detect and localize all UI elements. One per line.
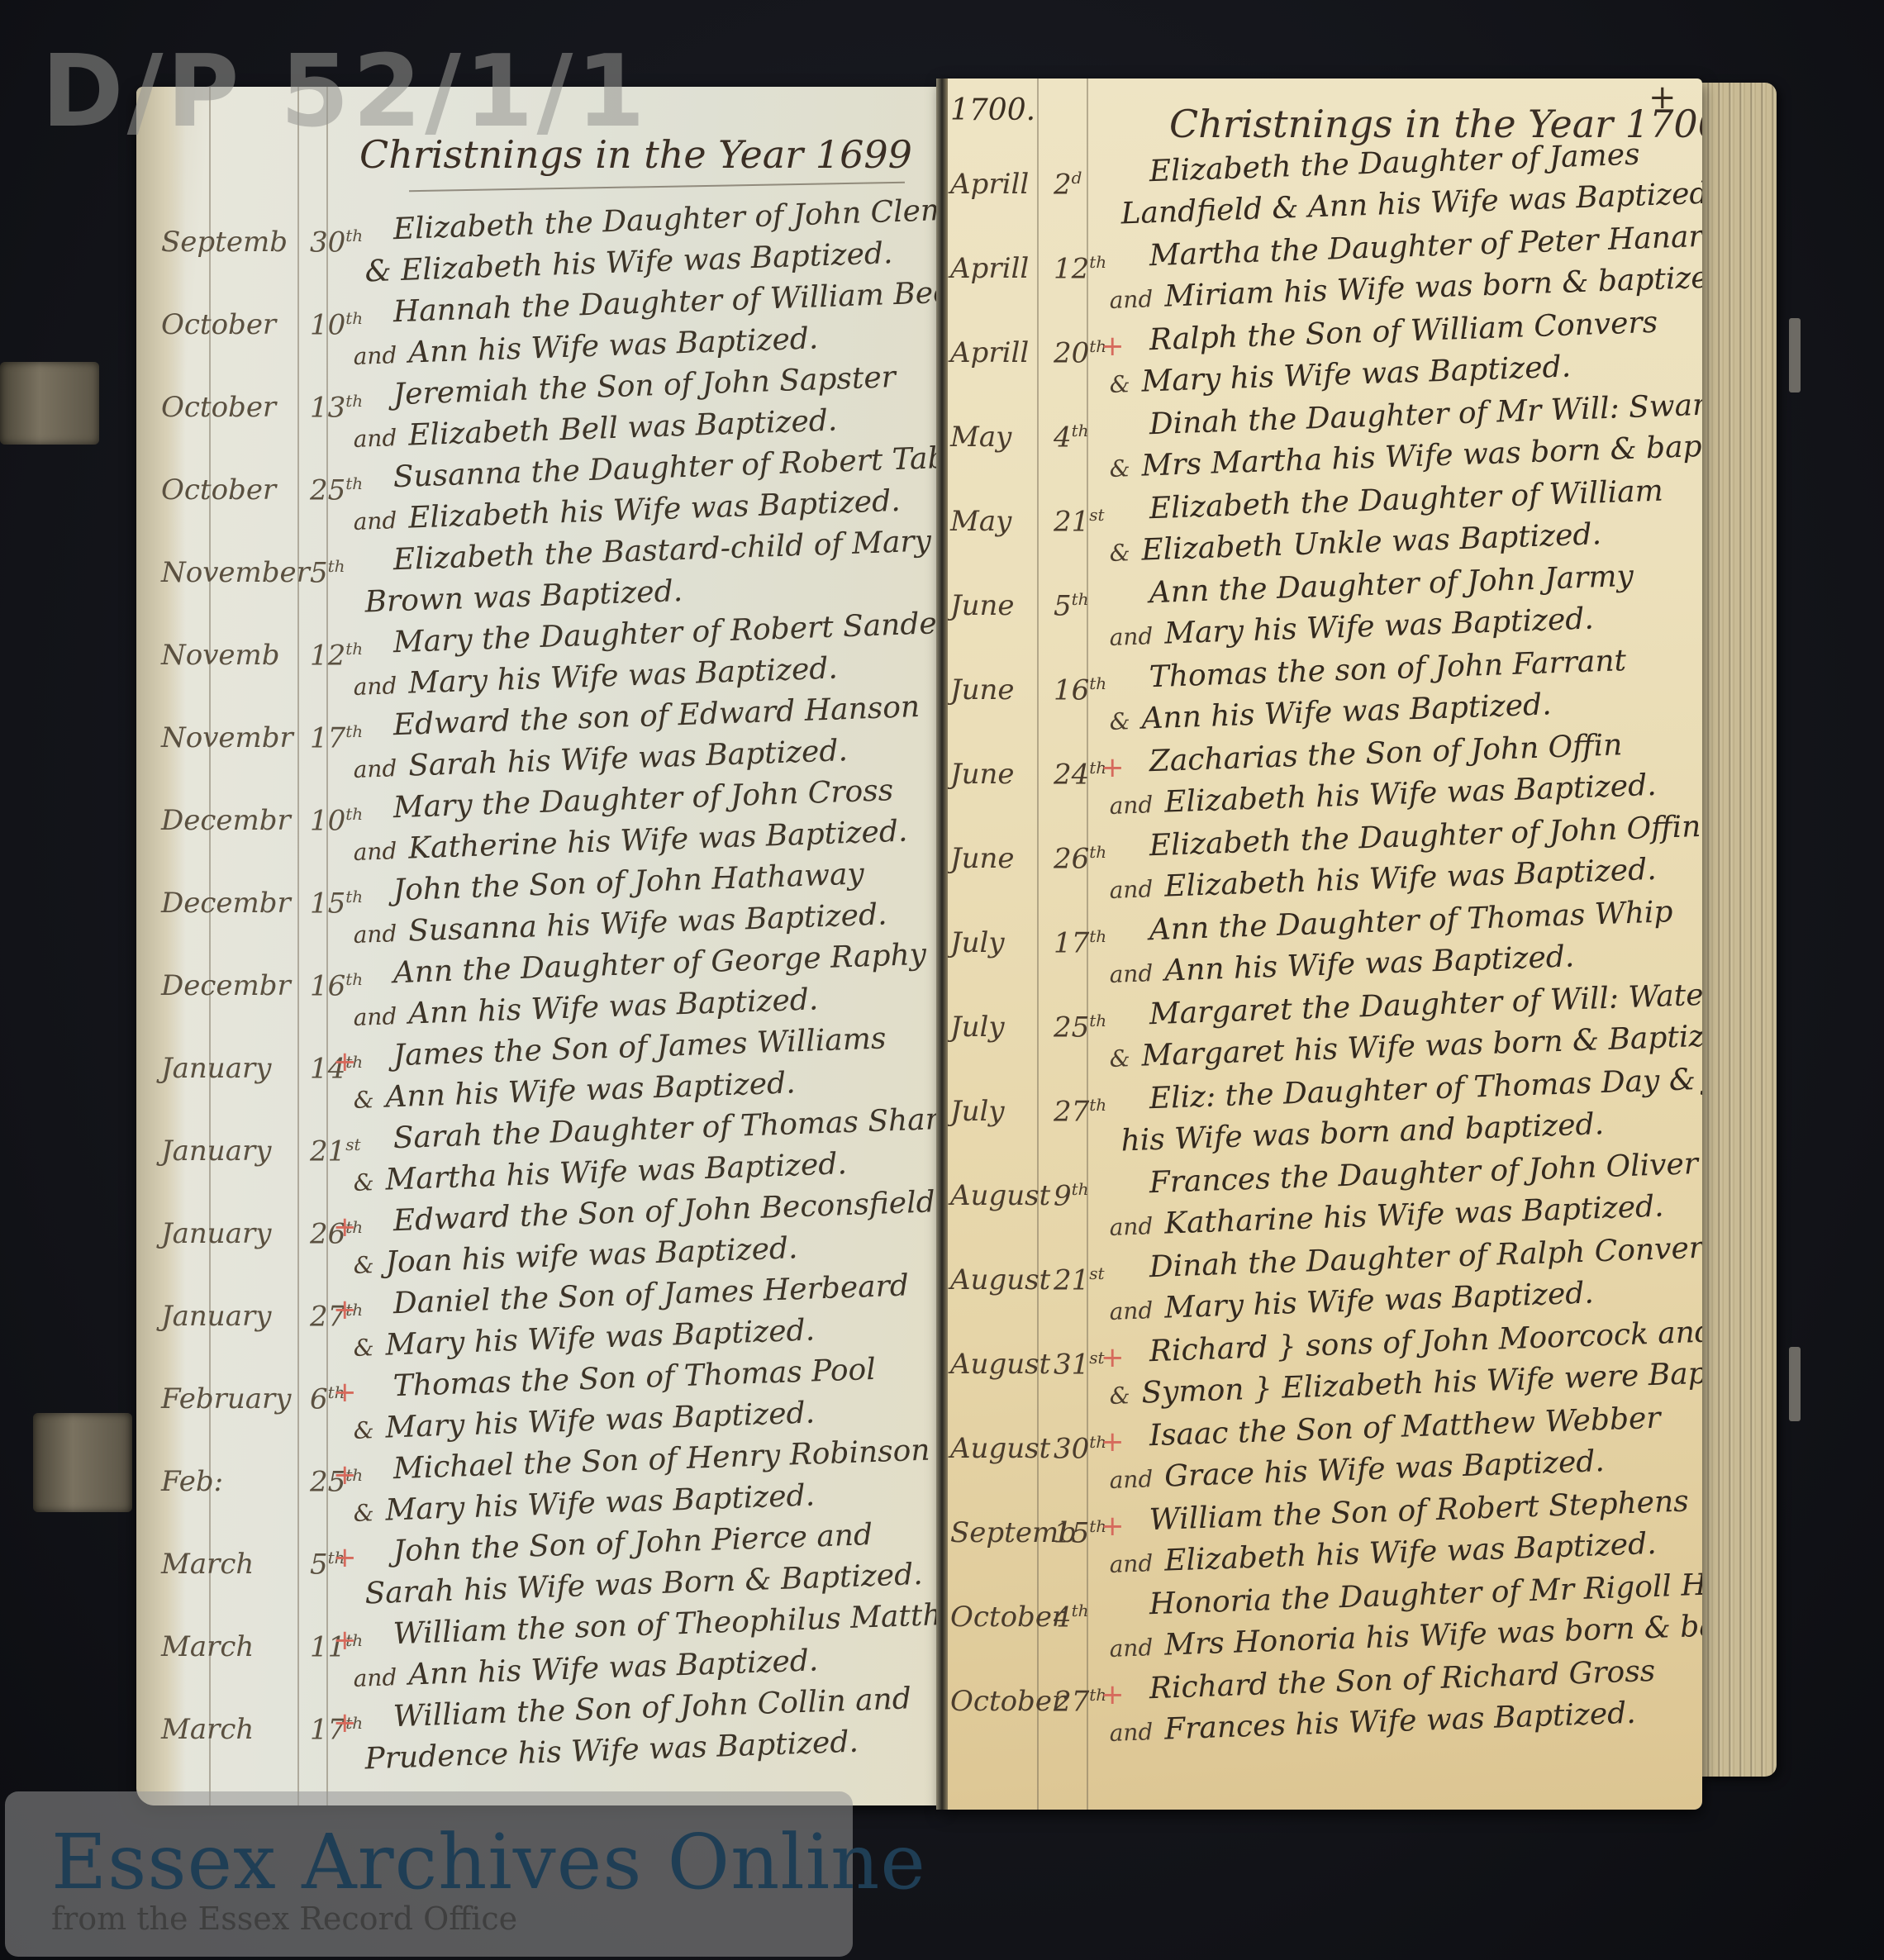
entry-conjunction: and: [353, 754, 397, 783]
entry-conjunction: [353, 1748, 354, 1775]
entry-date: Aprill12th: [950, 252, 1029, 285]
entry-month: January: [161, 1135, 271, 1168]
entry-day: 9th: [1054, 1179, 1089, 1212]
entry-conjunction: and: [1109, 959, 1154, 988]
entry-day-suffix: th: [1089, 1011, 1106, 1030]
folio-mark: +: [1648, 78, 1677, 117]
entry-conjunction: and: [353, 837, 397, 866]
entry-conjunction: &: [1109, 1044, 1130, 1073]
entry-date: Decembr10th: [161, 804, 291, 837]
entry-date: May4th: [950, 421, 1011, 454]
entry-day-number: 25: [310, 473, 345, 507]
entry-day-suffix: th: [328, 556, 345, 576]
entry-day: 15th: [1054, 1516, 1106, 1549]
book-clasp-right-lower: [1789, 1347, 1801, 1421]
entry-month: October: [950, 1685, 1065, 1718]
entry-conjunction: &: [353, 1334, 374, 1362]
entry-day-number: 13: [310, 391, 345, 424]
entry-conjunction: and: [353, 507, 397, 535]
entry-conjunction: &: [1109, 707, 1130, 735]
entry-conjunction: &: [353, 1499, 374, 1527]
entry-day: 17th: [1054, 926, 1106, 959]
entry-day-suffix: th: [1089, 252, 1106, 272]
entry-day-suffix: st: [1089, 505, 1104, 525]
entry-month: March: [161, 1713, 254, 1746]
entry-month: Feb:: [161, 1465, 223, 1498]
entry-month: June: [950, 842, 1015, 875]
entry-date: June26th: [950, 842, 1015, 875]
left-page-1699: Christnings in the Year 1699 Septemb30th…: [136, 87, 942, 1805]
entry-day-suffix: th: [1089, 842, 1106, 862]
entry-conjunction: and: [353, 1002, 397, 1031]
entry-month: February: [161, 1382, 292, 1415]
entry-conjunction: and: [353, 920, 397, 949]
entry-day: 4th: [1054, 1601, 1089, 1634]
entry-date: October27th: [950, 1685, 1065, 1718]
entry-date: November5th: [161, 556, 310, 589]
entry-day: 21st: [1054, 1263, 1105, 1296]
entry-date: May21st: [950, 505, 1011, 538]
entry-month: Decembr: [161, 969, 291, 1002]
entry-day-number: 10: [310, 804, 345, 837]
entry-date: October25th: [161, 473, 276, 507]
entry-day-suffix: th: [1072, 1601, 1089, 1620]
entry-conjunction: and: [1109, 1718, 1154, 1747]
entry-date: January14th: [161, 1052, 271, 1085]
entry-month: Novemb: [161, 639, 280, 672]
entry-month: November: [161, 556, 310, 589]
book-clasp-bottom: [33, 1413, 132, 1512]
entry-conjunction: [353, 591, 354, 618]
entry-day-number: 26: [1054, 842, 1089, 875]
entry-day-number: 5: [310, 556, 328, 589]
entry-day-number: 15: [310, 887, 345, 920]
entry-month: July: [950, 1095, 1005, 1128]
entry-month: January: [161, 1217, 271, 1250]
entry-month: Aprill: [950, 336, 1029, 369]
entry-month: June: [950, 589, 1015, 622]
entry-conjunction: and: [1109, 1549, 1154, 1578]
entry-day: 24th: [1054, 758, 1106, 791]
archive-logo-title: Essex Archives Online: [51, 1818, 926, 1906]
entry-date: August9th: [950, 1179, 1050, 1212]
entry-day: 27th: [1054, 1095, 1106, 1128]
entry-date: Septemb15th: [950, 1516, 1077, 1549]
entry-date: March17th: [161, 1713, 254, 1746]
entry-month: Aprill: [950, 168, 1029, 201]
entry-conjunction: and: [1109, 1296, 1154, 1325]
entry-day: 4th: [1054, 421, 1089, 454]
entry-date: Decembr15th: [161, 887, 291, 920]
entry-day-number: 17: [1054, 926, 1089, 959]
entry-conjunction: &: [353, 1168, 374, 1196]
entry-day-number: 10: [310, 308, 345, 341]
book-clasp-top: [0, 362, 99, 445]
entry-date: March11th: [161, 1630, 254, 1663]
entry-day-suffix: th: [1089, 673, 1106, 693]
entry-day-suffix: th: [1089, 1095, 1106, 1115]
entry-date: Septemb30th: [161, 226, 288, 259]
entry-day-number: 24: [1054, 758, 1089, 791]
entry-month: Aprill: [950, 252, 1029, 285]
entry-date: October13th: [161, 391, 276, 424]
entry-day: 12th: [1054, 252, 1106, 285]
entry-month: January: [161, 1052, 271, 1085]
entry-conjunction: and: [353, 672, 397, 701]
entry-date: July27th: [950, 1095, 1005, 1128]
page-heading: Christnings in the Year 1699: [359, 132, 912, 177]
entry-month: May: [950, 505, 1011, 538]
entry-conjunction: &: [1109, 1382, 1130, 1410]
book-spine-gutter: [936, 78, 948, 1810]
entry-conjunction: and: [353, 341, 397, 370]
entry-day-number: 27: [1054, 1095, 1089, 1128]
entry-day: 27th: [1054, 1685, 1106, 1718]
entry-day-suffix: d: [1072, 168, 1082, 188]
entry-day: 2d: [1054, 168, 1082, 201]
entry-day-number: 20: [1054, 336, 1089, 369]
entry-day: 20th: [1054, 336, 1106, 369]
book-clasp-right-upper: [1789, 318, 1801, 392]
entry-day-number: 30: [310, 226, 345, 259]
entry-day-number: 17: [310, 721, 345, 754]
entry-month: June: [950, 673, 1015, 706]
entry-day-number: 25: [1054, 1011, 1089, 1044]
entry-day-number: 5: [1054, 589, 1072, 622]
entry-conjunction: &: [1109, 454, 1130, 483]
entry-conjunction: and: [1109, 1212, 1154, 1241]
entry-date: Novembr17th: [161, 721, 293, 754]
entry-conjunction: [353, 260, 354, 288]
date-column-rule: [1037, 78, 1039, 1810]
entry-month: Decembr: [161, 887, 291, 920]
entry-month: October: [950, 1601, 1065, 1634]
entry-date: July25th: [950, 1011, 1005, 1044]
entry-day-number: 4: [1054, 421, 1072, 454]
entry-day-number: 21: [310, 1135, 345, 1168]
book-page-edges: [1702, 83, 1777, 1777]
entry-line-text: Brown was Baptized.: [364, 574, 683, 619]
entry-date: August30th: [950, 1432, 1050, 1465]
entry-day-suffix: th: [1072, 421, 1089, 440]
heading-underline: [409, 182, 905, 192]
entry-day-number: 21: [1054, 505, 1089, 538]
entry-conjunction: and: [1109, 622, 1154, 651]
entry-conjunction: [1109, 1130, 1110, 1157]
entry-day-number: 4: [1054, 1601, 1072, 1634]
entry-day: 5th: [310, 556, 345, 589]
open-register-book: Christnings in the Year 1699 Septemb30th…: [136, 78, 1781, 1810]
entry-date: January21st: [161, 1135, 271, 1168]
entry-conjunction: and: [1109, 1465, 1154, 1494]
entry-month: August: [950, 1263, 1050, 1296]
entry-month: Novembr: [161, 721, 293, 754]
entry-month: March: [161, 1630, 254, 1663]
entry-date: Feb:25th: [161, 1465, 223, 1498]
entry-day-suffix: st: [1089, 1263, 1104, 1283]
entry-day-number: 16: [310, 969, 345, 1002]
entry-date: March5th: [161, 1548, 254, 1581]
entry-month: October: [161, 473, 276, 507]
right-page-1700: 1700. Christnings in the Year 1700 + Apr…: [942, 78, 1702, 1810]
entry-day-number: 12: [1054, 252, 1089, 285]
entry-conjunction: [1109, 202, 1110, 230]
entry-day-suffix: th: [1072, 1179, 1089, 1199]
entry-month: October: [161, 308, 276, 341]
entry-day-number: 27: [1054, 1685, 1089, 1718]
entry-day-number: 30: [1054, 1432, 1089, 1465]
entry-date: Aprill2d: [950, 168, 1029, 201]
entry-conjunction: and: [1109, 285, 1154, 314]
entry-date: Novemb12th: [161, 639, 280, 672]
entry-date: January26th: [161, 1217, 271, 1250]
entry-day-number: 31: [1054, 1348, 1089, 1381]
entry-conjunction: [353, 1582, 354, 1610]
entry-day-suffix: th: [1089, 926, 1106, 946]
date-column-rule: [297, 87, 299, 1805]
entry-conjunction: and: [1109, 791, 1154, 820]
entry-month: March: [161, 1548, 254, 1581]
entry-date: January27th: [161, 1300, 271, 1333]
entry-month: Decembr: [161, 804, 291, 837]
entry-conjunction: and: [1109, 875, 1154, 904]
entry-day-number: 6: [310, 1382, 328, 1415]
entry-day-number: 15: [1054, 1516, 1089, 1549]
entry-date: August31st: [950, 1348, 1050, 1381]
entry-date: Decembr16th: [161, 969, 291, 1002]
entry-month: January: [161, 1300, 271, 1333]
entry-day: 25th: [1054, 1011, 1106, 1044]
entry-date: June5th: [950, 589, 1015, 622]
entry-month: July: [950, 926, 1005, 959]
entry-month: August: [950, 1432, 1050, 1465]
entry-date: February6th: [161, 1382, 292, 1415]
entry-date: June16th: [950, 673, 1015, 706]
entry-conjunction: and: [353, 1663, 397, 1692]
entry-month: June: [950, 758, 1015, 791]
entry-day-number: 21: [1054, 1263, 1089, 1296]
entry-date: July17th: [950, 926, 1005, 959]
entry-date: October10th: [161, 308, 276, 341]
entry-conjunction: and: [1109, 1634, 1154, 1663]
entry-day-number: 9: [1054, 1179, 1072, 1212]
entry-day: 5th: [1054, 589, 1089, 622]
entry-date: October4th: [950, 1601, 1065, 1634]
entry-conjunction: &: [1109, 370, 1130, 398]
entry-month: May: [950, 421, 1011, 454]
entry-month: Septemb: [161, 226, 288, 259]
entry-day: 21st: [1054, 505, 1105, 538]
entry-month: August: [950, 1179, 1050, 1212]
entry-day: 31st: [1054, 1348, 1105, 1381]
entry-day: 30th: [1054, 1432, 1106, 1465]
entry-date: June24th: [950, 758, 1015, 791]
entry-day-suffix: th: [1072, 589, 1089, 609]
entry-day-number: 2: [1054, 168, 1072, 201]
entry-conjunction: &: [353, 1086, 374, 1114]
archive-logo-subtitle: from the Essex Record Office: [51, 1901, 517, 1937]
entry-month: August: [950, 1348, 1050, 1381]
entry-date: Aprill20th: [950, 336, 1029, 369]
entry-date: August21st: [950, 1263, 1050, 1296]
entry-conjunction: &: [353, 1251, 374, 1279]
entry-month: July: [950, 1011, 1005, 1044]
register-entry: Richard the Son of Richard GrossandFranc…: [1107, 1651, 1658, 1754]
entry-month: October: [161, 391, 276, 424]
entry-day: 16th: [1054, 673, 1106, 706]
entry-day-number: 12: [310, 639, 345, 672]
entry-conjunction: and: [353, 424, 397, 453]
entry-day: 26th: [1054, 842, 1106, 875]
entry-conjunction: &: [1109, 539, 1130, 567]
year-label: 1700.: [950, 93, 1035, 127]
entry-day-number: 5: [310, 1548, 328, 1581]
entry-conjunction: &: [353, 1416, 374, 1444]
entry-day-number: 16: [1054, 673, 1089, 706]
